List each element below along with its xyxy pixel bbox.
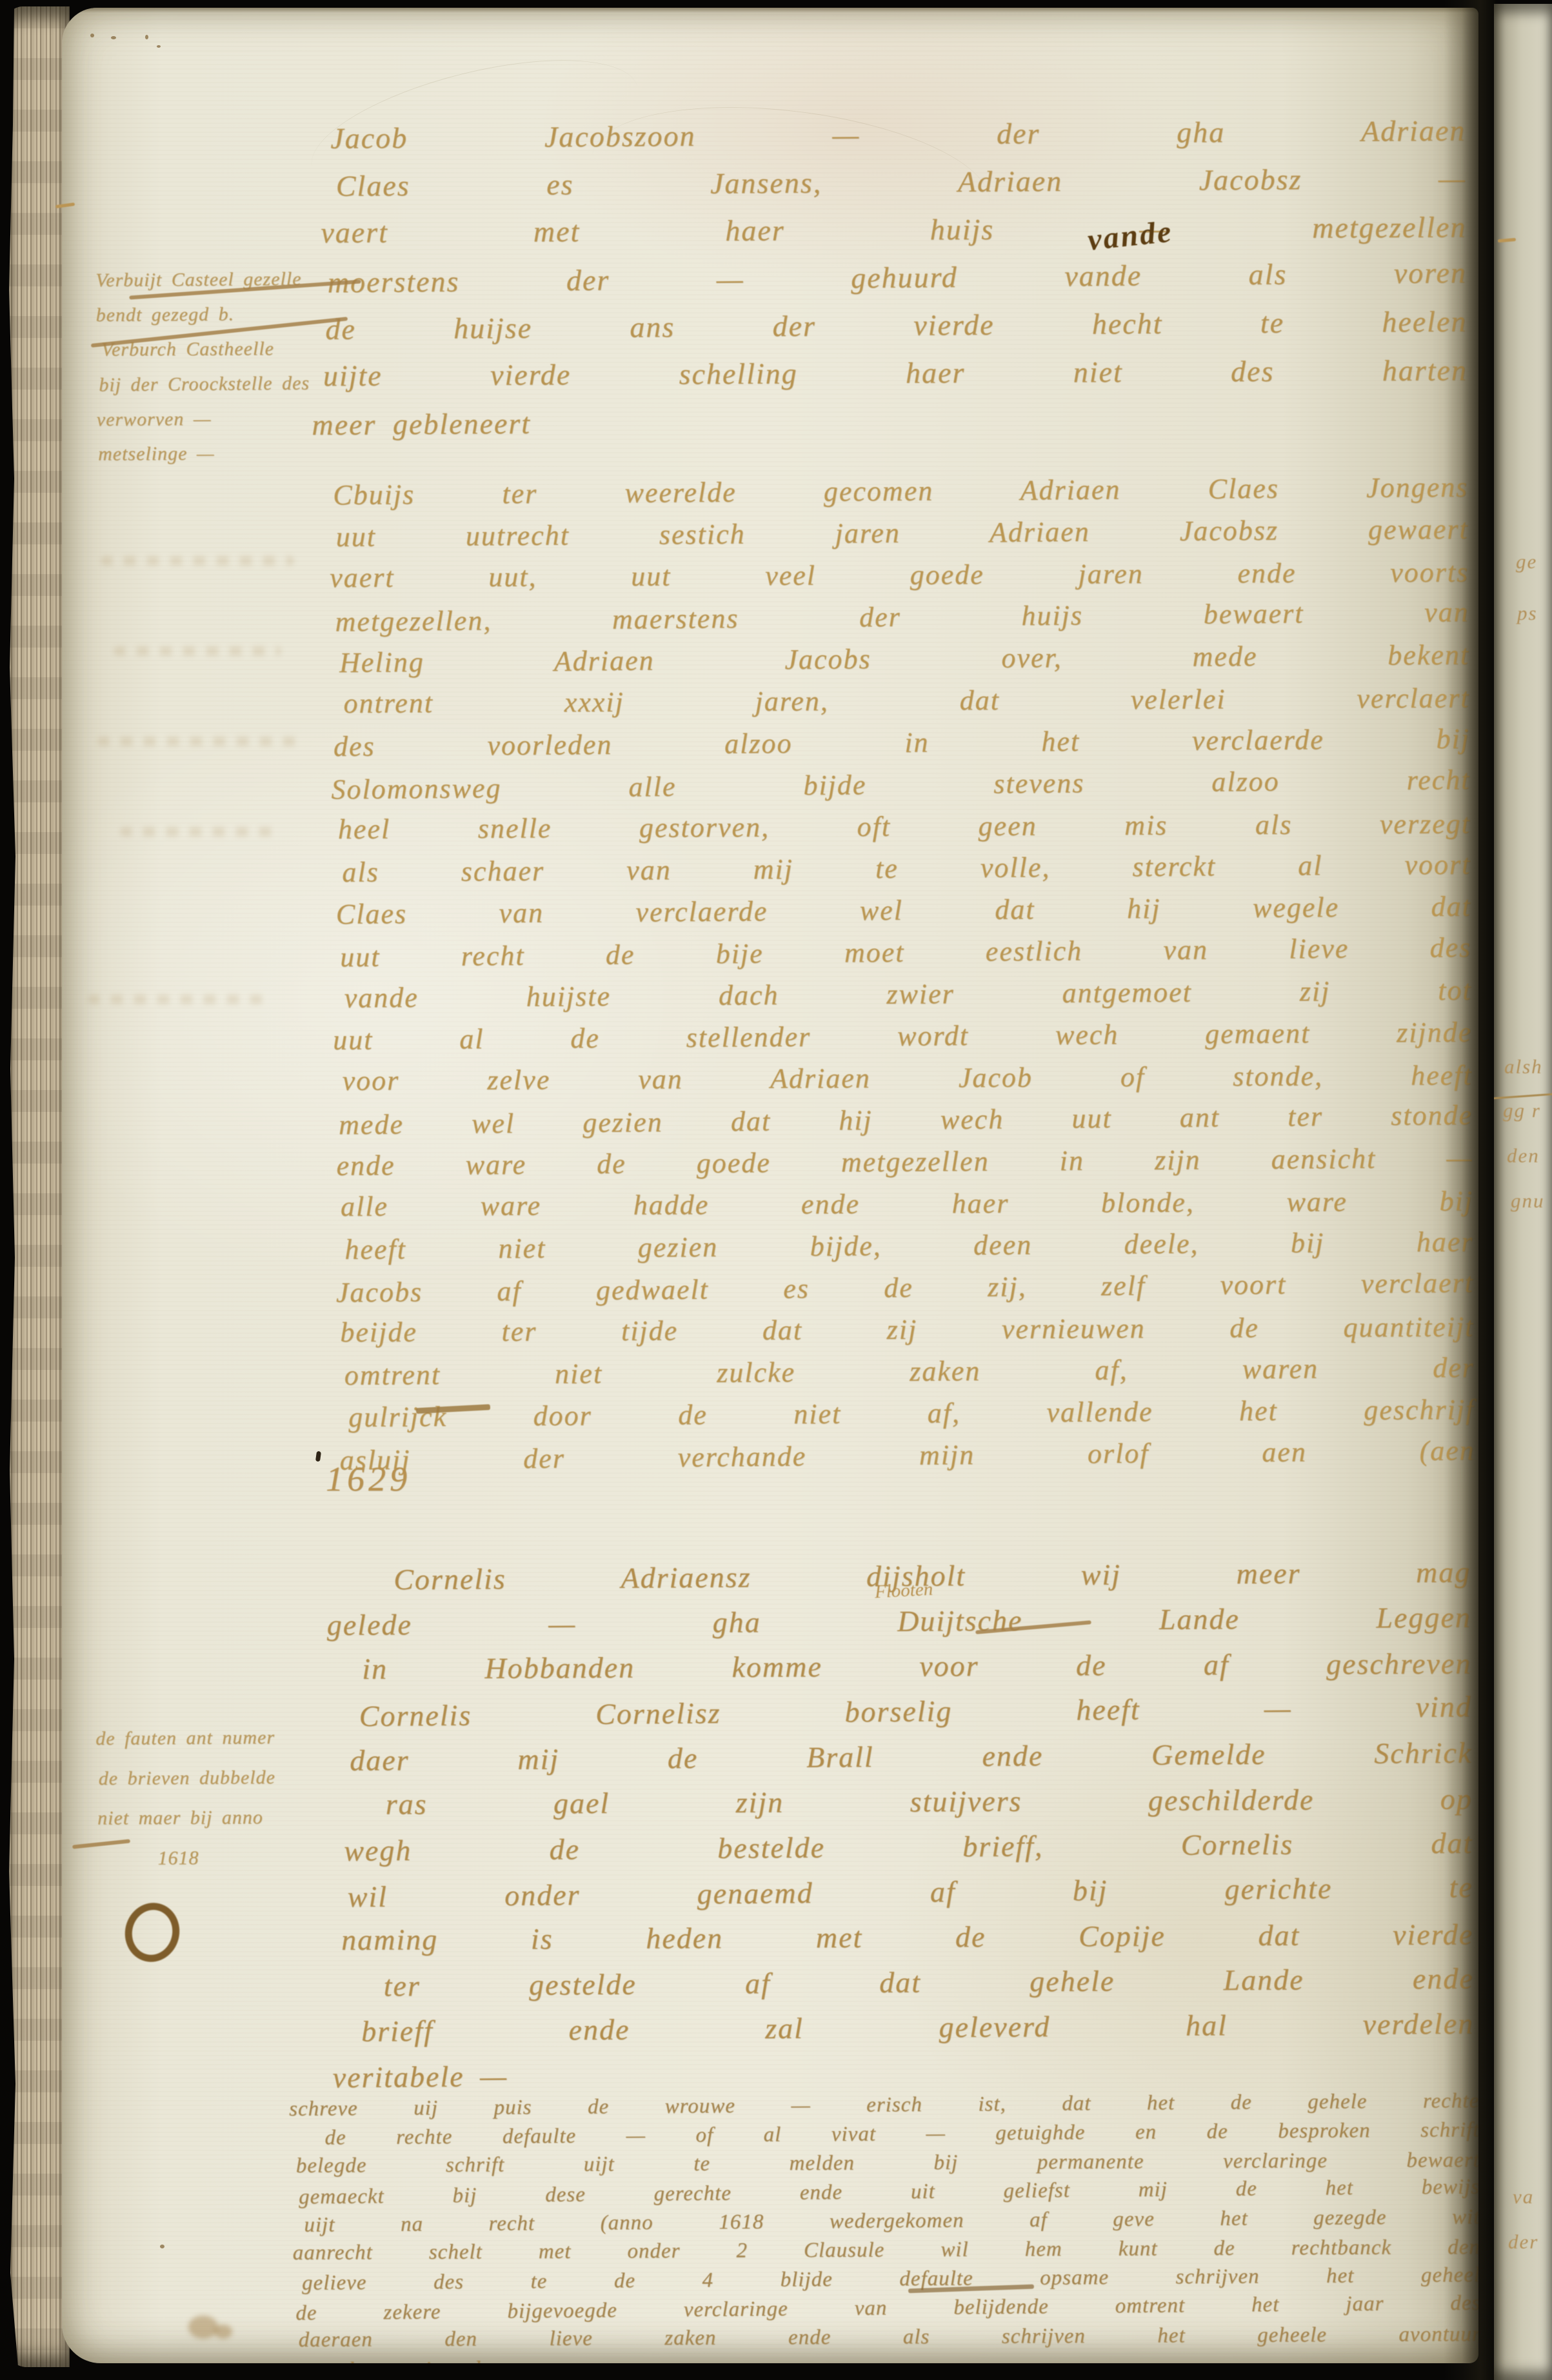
- handwritten-line: de huijse ans der vierde hecht te heelen: [325, 297, 1467, 353]
- facing-page-text-fragment: ps: [1517, 602, 1538, 625]
- paper-speck: [157, 45, 161, 48]
- book-gutter-shadow: [1444, 0, 1495, 2380]
- handwritten-line: uijte vierde schelling haer niet des har…: [323, 346, 1467, 400]
- handwritten-line: moerstens der — gehuurd vande als voren: [327, 249, 1467, 306]
- handwritten-line: naming is heden met de Copije dat vierde: [341, 1912, 1473, 1963]
- paper-stain: [214, 2325, 232, 2339]
- handwritten-line: ontrent xxxij jaren, dat velerlei vercla…: [343, 677, 1469, 724]
- handwritten-line: Jacobs af gedwaelt es de zij, zelf voort…: [336, 1262, 1475, 1313]
- facing-page-text-fragment: gg r: [1503, 1099, 1541, 1122]
- ink-tick-mark: [315, 1451, 321, 1462]
- margin-note-line: bendt gezegd b.: [95, 296, 379, 333]
- paper-speck: [111, 36, 116, 39]
- facing-page-text-fragment: va: [1513, 2185, 1534, 2208]
- handwritten-line: daer mij de Brall ende Gemelde Schrick: [350, 1730, 1472, 1783]
- paragraph-3: Cornelis Adriaensz dijsholt wij meer mag…: [323, 1550, 1475, 2099]
- show-through-text: [101, 556, 294, 566]
- margin-note-line: Verburch Castheelle: [101, 331, 380, 367]
- show-through-text: [120, 827, 275, 837]
- handwritten-line: beijde ter tijde dat zij vernieuwen de q…: [340, 1305, 1474, 1353]
- facing-page-sliver: ge ps alsh gg r den gnu va der: [1494, 4, 1552, 2380]
- handwritten-line: ter gestelde af dat gehele Lande ende: [383, 1956, 1473, 2009]
- facing-page-text-fragment: den: [1507, 1144, 1540, 1167]
- margin-note-line: de brieven dubbelde: [98, 1757, 373, 1799]
- handwritten-line: uut al de stellender wordt wech gemaent …: [333, 1011, 1472, 1061]
- manuscript-scan: Jacob Jacobszoon — der gha AdriaenClaes …: [0, 0, 1552, 2380]
- margin-note-line: niet maer bij anno: [97, 1797, 373, 1838]
- facing-page-text-fragment: ge: [1516, 550, 1537, 573]
- handwritten-line: Cornelis Cornelisz borselig heeft — vind: [359, 1684, 1472, 1739]
- handwritten-line: omtrent niet zulcke zaken af, waren der: [344, 1347, 1475, 1396]
- handwritten-line: alle ware hadde ende haer blonde, ware b…: [341, 1180, 1473, 1227]
- margin-note-line: de fauten ant numer: [95, 1717, 373, 1759]
- show-through-text: [88, 995, 268, 1004]
- facing-page-text-fragment: gnu: [1511, 1189, 1545, 1213]
- margin-note-line: 1618: [157, 1837, 374, 1879]
- handwritten-line: als schaer van mij te volle, sterckt al …: [342, 844, 1471, 893]
- paragraph-2: Cbuijs ter weerelde gecomen Adriaen Clae…: [329, 466, 1475, 1480]
- ink-ring-mark: [119, 1897, 186, 1968]
- margin-note-1: Verbuijt Casteel gezellebendt gezegd b.V…: [95, 261, 381, 472]
- handwritten-line: meer gebleneert: [312, 393, 1467, 449]
- margin-note-line: Verbuijt Casteel gezelle: [95, 261, 379, 298]
- handwritten-line: voor zelve van Adriaen Jacob of stonde, …: [342, 1054, 1472, 1102]
- interlinear-inserted-word: Flooten: [874, 1579, 933, 1603]
- handwritten-line: gelede — gha Duijtsche Lande Leggen: [326, 1595, 1471, 1648]
- handwritten-line: heel snelle gestorven, oft geen mis als …: [338, 802, 1471, 850]
- facing-page-dash: [1498, 238, 1516, 243]
- handwritten-line: Cbuijs ter weerelde gecomen Adriaen Clae…: [333, 466, 1468, 516]
- show-through-text: [114, 646, 281, 656]
- paper-stain: [188, 2316, 218, 2339]
- facing-page-text-fragment: der: [1508, 2230, 1538, 2254]
- paper-speck: [145, 35, 148, 39]
- handwritten-line: ende ware de goede metgezellen in zijn a…: [336, 1137, 1473, 1187]
- manuscript-left-page: Jacob Jacobszoon — der gha AdriaenClaes …: [62, 8, 1478, 2363]
- handwritten-line: vande huijste dach zwier antgemoet zij t…: [344, 969, 1471, 1019]
- handwritten-line: aanrecht schelt met onder 2 Clausule wil…: [293, 2233, 1478, 2268]
- year-1629: 1629: [326, 1459, 411, 1499]
- margin-note-line: bij der Croockstelle des: [99, 366, 380, 403]
- margin-note-line: verworven —: [97, 401, 381, 437]
- handwritten-line: in Hobbanden komme voor de af geschreven: [362, 1641, 1471, 1691]
- handwritten-line: daeraen den lieve zaken ende als schrijv…: [299, 2320, 1478, 2355]
- paragraph-4: schreve uij puis de wrouwe — erisch ist,…: [289, 2087, 1478, 2363]
- handwritten-line: ras gael zijn stuijvers geschilderde op: [386, 1776, 1473, 1827]
- handwritten-line: wil onder genaemd af bij gerichte te: [347, 1865, 1473, 1919]
- handwritten-line: Heling Adriaen Jacobs over, mede bekent: [339, 634, 1469, 684]
- handwritten-line: vaert uut, uut veel goede jaren ende voo…: [330, 551, 1469, 599]
- facing-page-text-fragment: alsh: [1504, 1055, 1543, 1078]
- paper-speck: [90, 34, 94, 37]
- margin-note-2: de fauten ant numerde brieven dubbeldeni…: [95, 1717, 374, 1879]
- margin-note-line: metselinge —: [98, 435, 381, 471]
- handwritten-line: Solomonsweg alle bijde stevens alzoo rec…: [331, 759, 1471, 810]
- show-through-text: [97, 737, 304, 746]
- handwritten-line: uut uutrecht sestich jaren Adriaen Jacob…: [335, 508, 1468, 558]
- paper-speck: [160, 2245, 164, 2248]
- handwritten-line: asluij der verchande mijn orlof aen (aen: [339, 1429, 1475, 1481]
- book-page-edges: [5, 6, 70, 2367]
